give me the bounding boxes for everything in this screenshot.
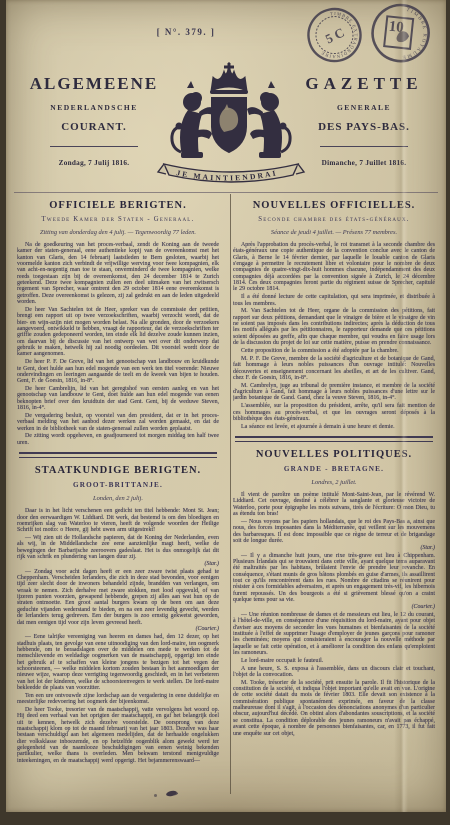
masthead-rule-full (14, 192, 438, 193)
issue-number: [ N°. 379. ] (66, 27, 306, 37)
source-attribution: (Star.) (233, 545, 435, 551)
section-dateline: Séance de jeudi 4 juillet. — Présens 77 … (233, 229, 435, 236)
paragraph: — Il y a dimanche huit jours, une rixe t… (233, 553, 435, 611)
section-dateline: Zitting van donderdag den 4 julij. — Teg… (17, 229, 219, 236)
section-nouvelles-officielles: NOUVELLES OFFICIELLES. Seconde chambre d… (233, 200, 435, 430)
section-subheading: Tweede Kamer der Staten - Generaal. (17, 216, 219, 223)
paragraph: — Wij zien uit de Hollandsche papieren, … (17, 535, 219, 567)
paragraph: De heer Cambrelijn, lid van het geregtsh… (17, 386, 219, 411)
masthead-subtitle2-fr: DES PAYS-BAS. (288, 121, 440, 133)
source-attribution: (Star.) (17, 561, 219, 567)
paragraph: De vergadering besluit, op voorstel van … (17, 413, 219, 432)
paragraph: Daar is in het licht verschenen een gedi… (17, 508, 219, 533)
paragraph: M. P. F. De Greve, membre de la société … (233, 356, 435, 381)
paragraph: Il a été donné lecture de cette capitula… (233, 294, 435, 307)
paragraph: De heer Tooke, tresorier van de maatscha… (17, 707, 219, 764)
ink-smudge (154, 794, 157, 797)
left-column-dutch: OFFICIELE BERIGTEN. Tweede Kamer der Sta… (17, 196, 219, 802)
section-divider (235, 436, 433, 442)
paragraph: Cette proposition de la commission a été… (233, 348, 435, 354)
section-dateline: Londen, den 2 julij. (17, 495, 219, 502)
masthead-date-fr: Dimanche, 7 Juillet 1816. (288, 159, 440, 167)
right-column-french: NOUVELLES OFFICIELLES. Seconde chambre d… (233, 196, 435, 802)
masthead-french: GAZETTE GENERALE DES PAYS-BAS. Dimanche,… (288, 74, 440, 167)
paragraph: Na de goedkeuring van het proces-verbaal… (17, 242, 219, 305)
section-body: Il vient de paroître un poème intitulé M… (233, 492, 435, 737)
section-officiele-berigten: OFFICIELE BERIGTEN. Tweede Kamer der Sta… (17, 200, 219, 446)
paragraph: La séance est levée, et ajournée à demai… (233, 424, 435, 430)
paragraph: M. Van Sachtelen tot de Heer, organe de … (233, 308, 435, 346)
paragraph: A une heure, S. S. exposa à l'assemblée,… (233, 666, 435, 679)
article-columns: OFFICIELE BERIGTEN. Tweede Kamer der Sta… (17, 196, 435, 802)
paragraph: — Eene talrijke vereeniging van heeren e… (17, 634, 219, 691)
postal-stamp-icon: TIMBRE ROYAUME 10 (362, 0, 438, 76)
masthead-rule (320, 146, 408, 147)
postal-stamp-icon: TIMBRE EXTRAORDINAIRE 5 C (300, 1, 370, 75)
masthead-subtitle2-nl: COURANT. (18, 121, 170, 133)
paragraph: De heer P. F. De Greve, lid van het geno… (17, 359, 219, 384)
section-subheading: GRANDE - BRETAGNE. (233, 465, 435, 473)
section-dateline: Londres, 2 juillet. (233, 479, 435, 486)
masthead-subtitle1-nl: NEDERLANDSCHE (18, 103, 170, 112)
masthead-rule (50, 146, 138, 147)
section-heading: NOUVELLES OFFICIELLES. (233, 200, 435, 211)
paragraph: M. Tooke, trésorier de la société, prit … (233, 680, 435, 737)
paragraph: Ten een ure ontvouwde zijne lordschap aa… (17, 693, 219, 706)
section-heading: OFFICIELE BERIGTEN. (17, 200, 219, 211)
section-subheading: GROOT-BRITTANJE. (17, 481, 219, 489)
section-heading: NOUVELLES POLITIQUES. (233, 449, 435, 460)
section-nouvelles-politiques: NOUVELLES POLITIQUES. GRANDE - BRETAGNE.… (233, 449, 435, 737)
paragraph: Après l'approbation du procès-verbal, le… (233, 242, 435, 293)
section-staatkundige-berigten: STAATKUNDIGE BERIGTEN. GROOT-BRITTANJE. … (17, 465, 219, 764)
paragraph: M. Cambrelyn, juge au tribunal de premiè… (233, 383, 435, 402)
svg-text:5 C: 5 C (323, 25, 347, 47)
paragraph: De zitting wordt opgeheven, en geadjourn… (17, 433, 219, 446)
section-heading: STAATKUNDIGE BERIGTEN. (17, 465, 219, 476)
masthead-dutch: ALGEMEENE NEDERLANDSCHE COURANT. Zondag,… (18, 74, 170, 167)
section-subheading: Seconde chambre des états-généraux. (233, 216, 435, 223)
paragraph: L'assemblée, sur la proposition du prési… (233, 403, 435, 422)
section-body: Daar is in het licht verschenen een gedi… (17, 508, 219, 764)
newspaper-photo: [ N°. 379. ] TIMBRE EXTRAORDINAIRE 5 C T… (0, 0, 450, 825)
section-body: Après l'approbation du procès-verbal, le… (233, 242, 435, 430)
paragraph: De heer Van Sachtelen tot de Heer, sprek… (17, 307, 219, 358)
paragraph: — Nous voyons par les papiers hollandais… (233, 519, 435, 551)
coat-of-arms-icon: JE MAINTIENDRAI (154, 60, 308, 194)
section-body: Na de goedkeuring van het proces-verbaal… (17, 242, 219, 446)
source-attribution: (Courier.) (17, 626, 219, 632)
masthead-title-fr: GAZETTE (288, 74, 440, 94)
section-divider (19, 452, 217, 458)
newspaper-page: [ N°. 379. ] TIMBRE EXTRAORDINAIRE 5 C T… (6, 0, 446, 812)
paragraph: Il vient de paroître un poème intitulé M… (233, 492, 435, 517)
paragraph: Le lord-maire occupait le fauteuil. (233, 658, 435, 664)
masthead-date-nl: Zondag, 7 Julij 1816. (18, 159, 170, 167)
source-attribution: (Courier.) (233, 604, 435, 610)
masthead-subtitle1-fr: GENERALE (288, 103, 440, 112)
paragraph: — Une réunion nombreuse de dames et de m… (233, 612, 435, 656)
paragraph: — Zondag voor acht dagen heeft er een ze… (17, 569, 219, 633)
masthead-title-nl: ALGEMEENE (18, 74, 170, 94)
